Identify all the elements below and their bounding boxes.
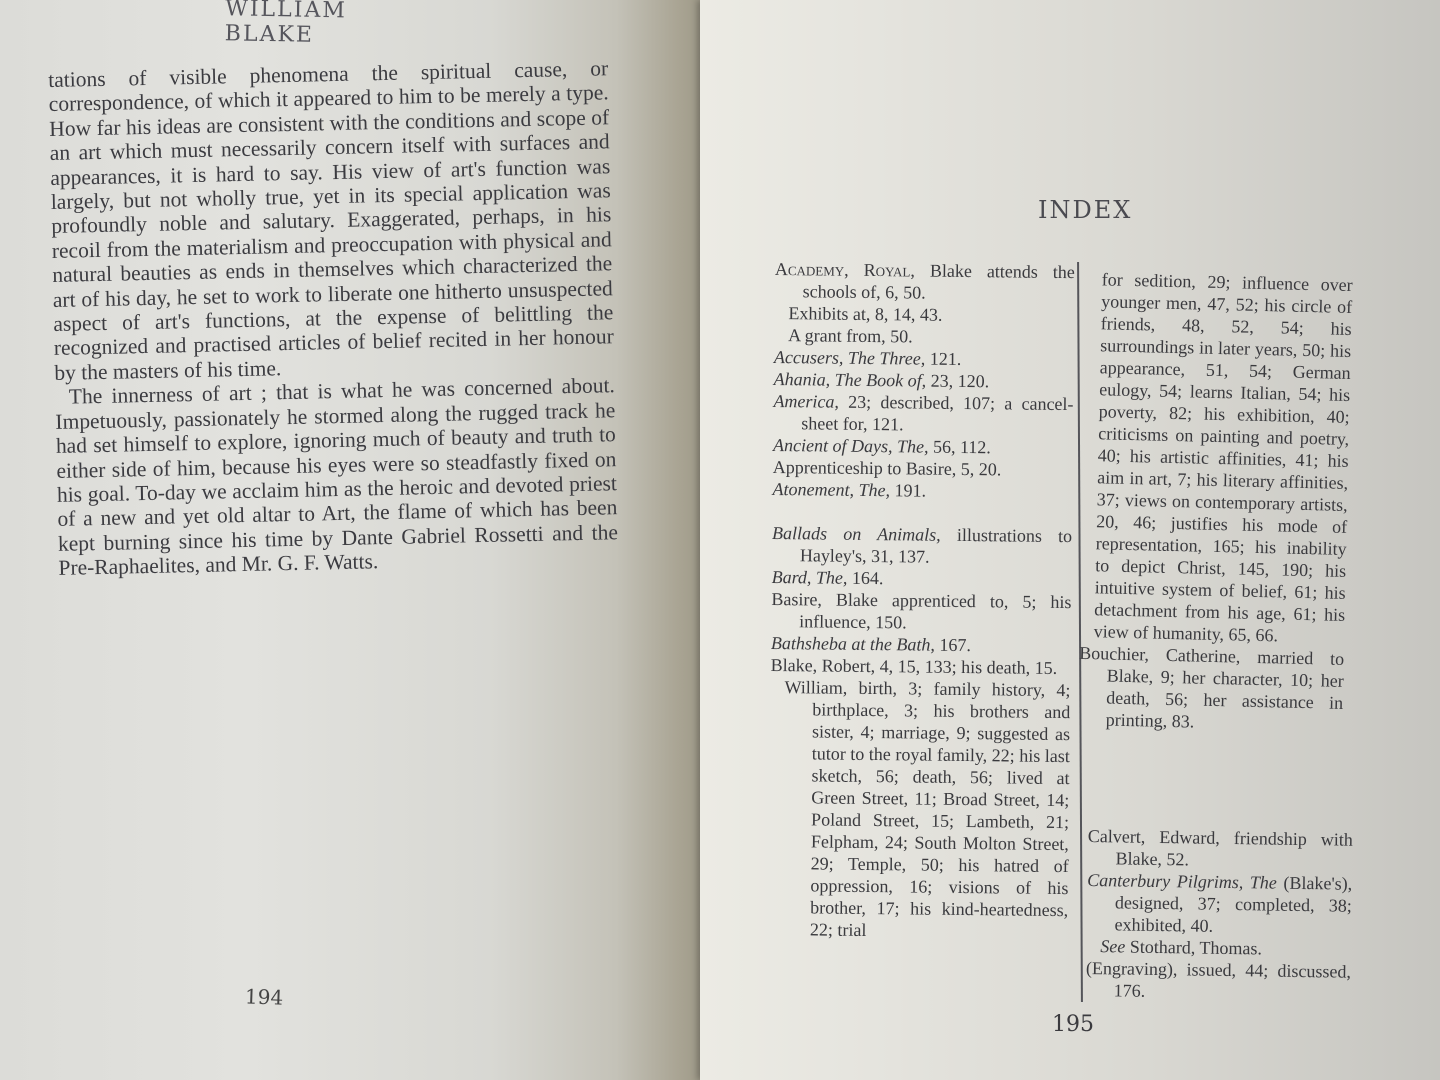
index-entry-apprenticeship: Apprenticeship to Basire, 5, 20. [773,456,1073,481]
page-number-left: 194 [245,984,284,1009]
running-head: WILLIAM BLAKE [225,0,426,50]
index-entry-ahania: Ahania, The Book of, 23, 120. [774,368,1074,393]
index-subentry: A grant from, 50. [774,324,1074,349]
index-entry-canterbury-pilgrims: Canterbury Pilgrims, The (Blake's), desi… [1086,869,1352,939]
index-entry-accusers: Accusers, The Three, 121. [774,346,1074,371]
index-entry-atonement: Atonement, The, 191. [772,478,1072,503]
left-page: WILLIAM BLAKE tations of visible phenome… [0,0,700,1080]
index-title: INDEX [1038,196,1132,224]
index-entry-bathsheba: Bathsheba at the Bath, 167. [771,632,1071,657]
paragraph-1: tations of visible phenomena the spiritu… [48,56,615,385]
index-entry-blake-william-continued: for sedition, 29; influence over younger… [1080,268,1353,648]
index-column-2: for sedition, 29; influence over younger… [1078,268,1353,736]
index-entry-canterbury-engraving: (Engraving), issued, 44; discussed, 176. [1086,957,1352,1005]
paragraph-2: The innerness of art ; that is what he w… [55,373,619,580]
index-entry-ballads: Ballads on Animals, illustrations to Hay… [772,522,1072,569]
index-entry-blake-robert: Blake, Robert, 4, 15, 133; his death, 15… [771,654,1071,679]
index-column-2-lower: Calvert, Edward, friendship with Blake, … [1086,825,1353,1005]
index-entry-bard: Bard, The, 164. [772,566,1072,591]
index-entry-ancient-of-days: Ancient of Days, The, 56, 112. [773,434,1073,459]
index-entry-calvert: Calvert, Edward, friendship with Blake, … [1087,825,1353,873]
letter-gap [772,500,1072,525]
body-text: tations of visible phenomena the spiritu… [48,56,619,580]
index-entry-america: America, 23; described, 107; a cancel-sh… [773,390,1073,437]
index-entry-academy: Academy, Royal, Blake attends the school… [775,258,1075,305]
page-number-right: 195 [1052,1012,1094,1037]
index-subentry: Exhibits at, 8, 14, 43. [774,302,1074,327]
index-entry-bouchier: Bouchier, Catherine, married to Blake, 9… [1078,642,1345,736]
index-entry-basire: Basire, Blake apprenticed to, 5; his inf… [771,588,1071,635]
index-entry-blake-william: William, birth, 3; family history, 4; bi… [768,676,1071,943]
index-column-1: Academy, Royal, Blake attends the school… [768,258,1075,943]
